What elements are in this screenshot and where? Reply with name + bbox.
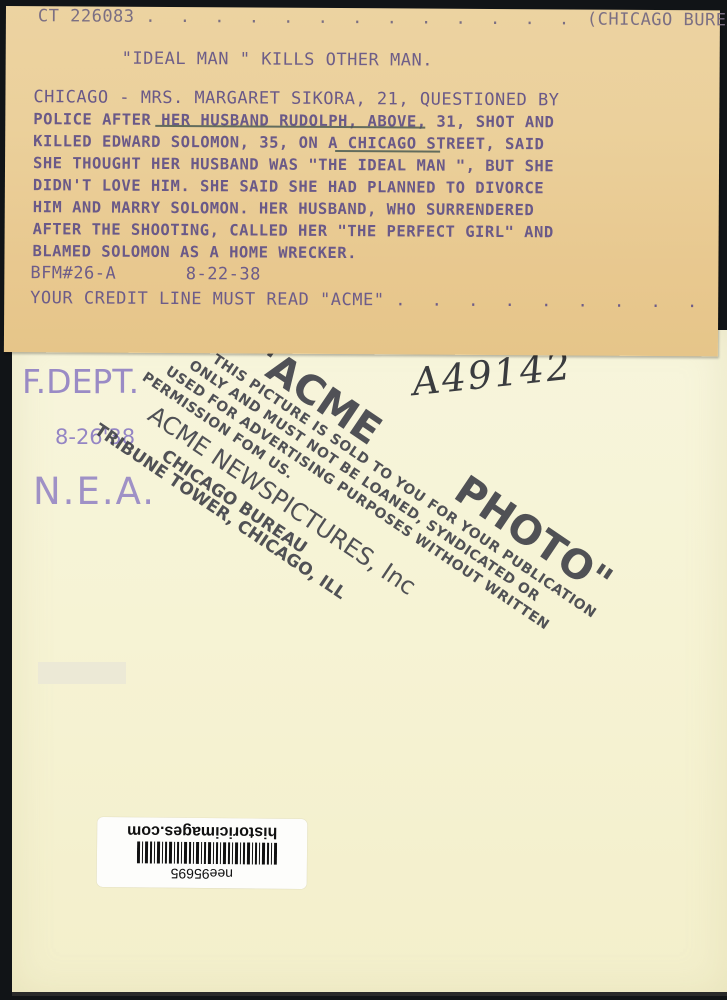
caption-line: CHICAGO - MRS. MARGARET SIKORA, 21, QUES… bbox=[33, 86, 559, 111]
caption-slip: CT 226083 . . . . . . . . . . . . . (CHI… bbox=[4, 6, 720, 356]
reference-code: BFM#26-A bbox=[30, 263, 116, 284]
barcode-number: nee95695 bbox=[97, 865, 307, 883]
caption-date: 8-22-38 bbox=[186, 264, 261, 284]
dot-leaders: . . . . . . . . . . . bbox=[395, 290, 727, 312]
reference-line: BFM#26-A 8-22-38 bbox=[30, 263, 261, 284]
website-label: historicimages.com bbox=[97, 821, 307, 841]
caption-line: SHE THOUGHT HER HUSBAND WAS "THE IDEAL M… bbox=[33, 152, 559, 177]
caption-line: DIDN'T LOVE HIM. SHE SAID SHE HAD PLANNE… bbox=[33, 174, 559, 199]
serial-number: CT 226083 bbox=[38, 6, 135, 27]
dot-leaders: . . . . . . . . . . . . . bbox=[145, 7, 576, 30]
caption-line: AFTER THE SHOOTING, CALLED HER "THE PERF… bbox=[33, 218, 559, 243]
caption-line: HIM AND MARRY SOLOMON. HER HUSBAND, WHO … bbox=[33, 196, 559, 221]
caption-line: KILLED EDWARD SOLOMON, 35, ON A CHICAGO … bbox=[33, 130, 559, 155]
dept-stamp: F.DEPT. bbox=[22, 362, 139, 401]
caption-body: CHICAGO - MRS. MARGARET SIKORA, 21, QUES… bbox=[32, 86, 559, 265]
barcode-icon bbox=[137, 841, 277, 864]
caption-line: BLAMED SOLOMON AS A HOME WRECKER. bbox=[32, 240, 558, 265]
agency-stamp: N.E.A. bbox=[33, 470, 156, 513]
barcode-sticker: nee95695 historicimages.com bbox=[97, 817, 308, 889]
credit-line: YOUR CREDIT LINE MUST READ "ACME" . . . … bbox=[30, 288, 727, 313]
headline: "IDEAL MAN " KILLS OTHER MAN. bbox=[122, 49, 433, 71]
bureau-label: (CHICAGO BUREAU). bbox=[587, 10, 727, 31]
tape-remnant bbox=[38, 662, 126, 684]
caption-line: POLICE AFTER HER HUSBAND RUDOLPH, ABOVE,… bbox=[33, 108, 559, 133]
slip-header: CT 226083 . . . . . . . . . . . . . (CHI… bbox=[38, 6, 727, 30]
credit-text: YOUR CREDIT LINE MUST READ "ACME" bbox=[30, 288, 384, 310]
